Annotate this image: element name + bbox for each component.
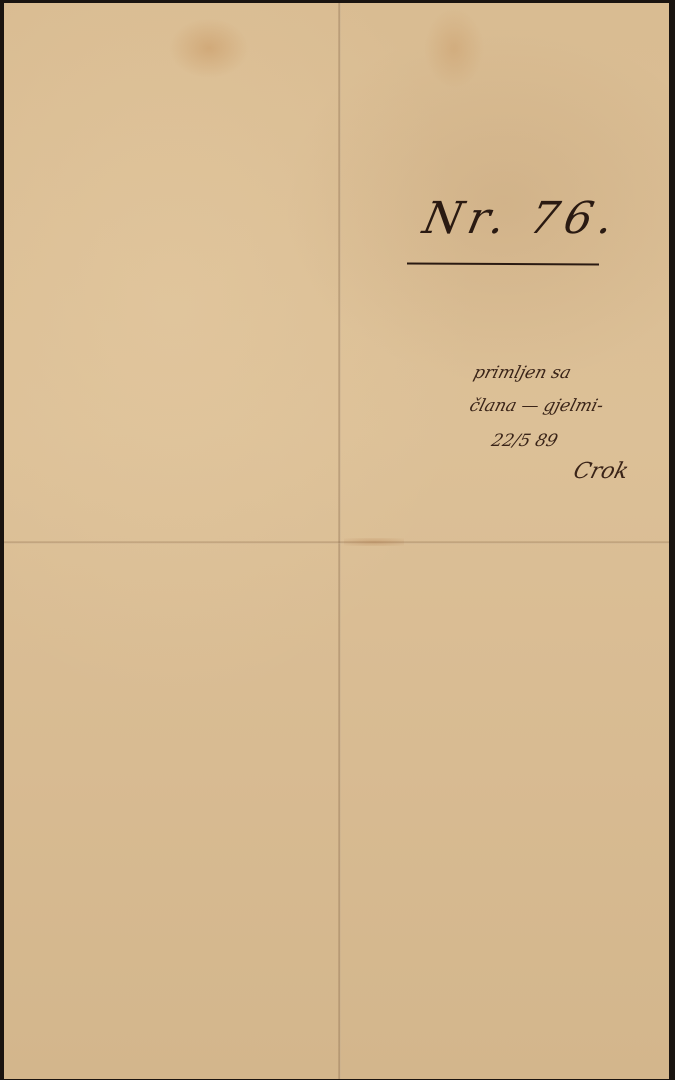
- document-number: Nr. 76.: [419, 193, 624, 244]
- number-underline: [407, 262, 599, 265]
- document-page: Nr. 76. primljen sa člana — gjelmi- 22/5…: [4, 3, 669, 1079]
- stain: [344, 538, 404, 546]
- annotation-date: 22/5 89: [489, 431, 560, 451]
- annotation-line-1: primljen sa: [471, 363, 573, 383]
- annotation-line-2: člana — gjelmi-: [467, 396, 605, 416]
- horizontal-fold-line: [4, 541, 669, 544]
- annotation-signature: Crok: [571, 459, 632, 484]
